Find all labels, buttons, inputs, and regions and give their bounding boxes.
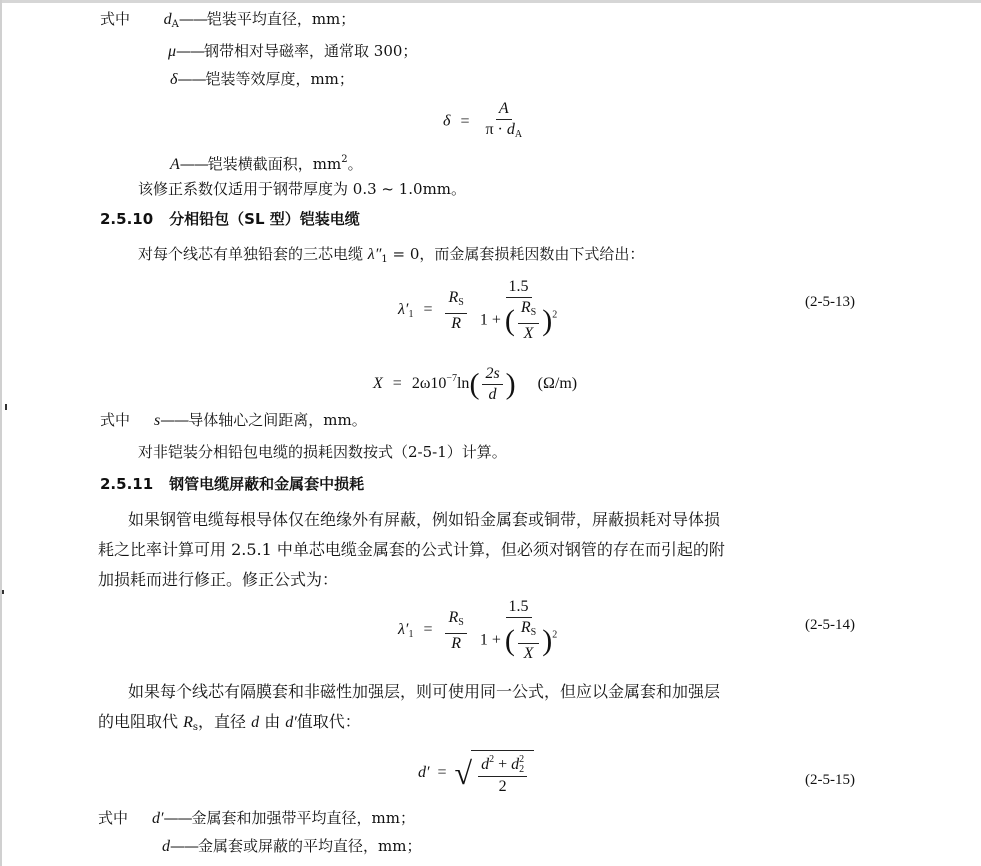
- formula-2-5-15: d′ = √ d2 + d22 2: [418, 750, 534, 796]
- formula-delta: δ = A π · dA: [443, 100, 528, 144]
- section-title: 分相铅包（SL 型）铠装电缆: [169, 210, 360, 228]
- symbol-d: d: [251, 714, 259, 731]
- fraction-rs-r: RS R: [445, 609, 466, 653]
- equals-sign: =: [423, 301, 432, 318]
- exponent: 2: [552, 310, 557, 321]
- page-top-border: [0, 0, 981, 3]
- fraction: d2 + d22 2: [478, 751, 527, 796]
- definition-lead: 式中: [100, 10, 130, 28]
- equation-number: (2-5-14): [805, 617, 855, 634]
- denominator: R: [451, 635, 461, 652]
- definition-text: 金属套或屏蔽的平均直径，mm；: [198, 837, 421, 855]
- numerator: R: [448, 609, 458, 626]
- denominator: R: [451, 315, 461, 332]
- symbol-d-prime: d′: [152, 810, 164, 827]
- plus: +: [498, 756, 507, 773]
- one-plus: 1 +: [480, 312, 501, 329]
- subscript: S: [531, 627, 537, 638]
- subscript: 1: [408, 309, 413, 320]
- text: 对每个线芯有单独铅套的三芯电缆: [138, 245, 368, 263]
- em-dash: ——: [176, 42, 204, 60]
- equation-number: (2-5-15): [805, 772, 855, 789]
- text: = 0，而金属套损耗因数由下式给出：: [388, 245, 645, 263]
- coefficient: 2ω10: [412, 375, 447, 392]
- numerator: R: [521, 619, 531, 636]
- definition-d: d——金属套或屏蔽的平均直径，mm；: [162, 836, 421, 857]
- em-dash: ——: [160, 411, 188, 429]
- denominator: X: [524, 325, 534, 342]
- subscript: S: [458, 297, 464, 308]
- symbol-A: A: [170, 156, 180, 173]
- paragraph-line: 耗之比率计算可用 2.5.1 中单芯电缆金属套的公式计算，但必须对钢管的存在而引…: [98, 540, 725, 560]
- em-dash: ——: [170, 837, 198, 855]
- paragraph-line: 如果钢管电缆每根导体仅在绝缘外有屏蔽，例如铅金属套或铜带，屏蔽损耗对导体损: [128, 510, 720, 530]
- equals-sign: =: [460, 113, 469, 130]
- d: d: [507, 121, 515, 138]
- formula-2-5-13: λ′1 = RS R 1.5 1 + (RSX)2: [398, 278, 563, 343]
- definition-lead: 式中: [98, 809, 128, 827]
- em-dash: ——: [180, 155, 208, 173]
- pi: π: [485, 121, 493, 138]
- fraction-rs-r: RS R: [445, 289, 466, 333]
- d: d: [481, 756, 489, 773]
- exponent: −7: [446, 373, 457, 384]
- denominator: d: [489, 386, 497, 403]
- text: 由: [259, 712, 285, 731]
- note-unarmored: 对非铠装分相铅包电缆的损耗因数按式（2-5-1）计算。: [138, 442, 507, 462]
- symbol-mu: μ: [168, 43, 176, 60]
- fraction-main: 1.5 1 + (RSX)2: [477, 598, 560, 663]
- margin-mark: [2, 590, 4, 594]
- formula-2-5-14: λ′1 = RS R 1.5 1 + (RSX)2: [398, 598, 563, 663]
- note-thickness: 该修正系数仅适用于钢带厚度为 0.3 ~ 1.0mm。: [138, 179, 466, 199]
- punct: 。: [348, 155, 363, 173]
- em-dash: ——: [164, 809, 192, 827]
- definition-A: A——铠装横截面积，mm2。: [170, 150, 363, 175]
- numerator: 1.5: [506, 278, 532, 298]
- definition-text: 铠装等效厚度，mm；: [205, 70, 353, 88]
- definition-d-prime: 式中d′——金属套和加强带平均直径，mm；: [98, 808, 415, 829]
- symbol-lambda: λ″: [368, 246, 382, 263]
- paragraph-line: 加损耗而进行修正。修正公式为：: [98, 570, 338, 590]
- fraction-inner: RSX: [518, 299, 539, 343]
- d: d: [511, 756, 519, 773]
- fraction-main: 1.5 1 + (RSX)2: [477, 278, 560, 343]
- numerator: 2s: [485, 365, 499, 382]
- section-heading-2-5-11: 2.5.11钢管电缆屏蔽和金属套中损耗: [100, 474, 364, 494]
- equals-sign: =: [393, 375, 402, 392]
- definition-text: 铠装平均直径，mm；: [207, 10, 355, 28]
- definition-delta: δ——铠装等效厚度，mm；: [170, 69, 354, 90]
- numerator: A: [499, 100, 509, 117]
- subscript: A: [172, 19, 179, 30]
- denominator: 2: [496, 777, 510, 796]
- symbol-d: d: [164, 11, 172, 28]
- formula-X: X = 2ω10−7ln(2sd) (Ω/m): [373, 365, 577, 404]
- paragraph-line: 的电阻取代 Rs，直径 d 由 d′值取代：: [98, 712, 361, 738]
- paragraph-intro: 对每个线芯有单独铅套的三芯电缆 λ″1 = 0，而金属套损耗因数由下式给出：: [138, 244, 644, 270]
- equals-sign: =: [438, 764, 447, 781]
- subscript: A: [515, 129, 522, 140]
- formula-lhs: λ′: [398, 621, 408, 638]
- equals-sign: =: [423, 621, 432, 638]
- fraction: A π · dA: [482, 100, 525, 144]
- subscript: 1: [408, 629, 413, 640]
- exponent: 2: [489, 754, 494, 765]
- square-root: √ d2 + d22 2: [455, 750, 535, 796]
- formula-lhs: δ: [443, 113, 450, 130]
- denominator: X: [524, 645, 534, 662]
- definition-s: 式中s——导体轴心之间距离，mm。: [100, 410, 367, 431]
- definition-dA: 式中 dA——铠装平均直径，mm；: [100, 9, 355, 35]
- subscript: 2: [519, 765, 524, 775]
- formula-lhs: d′: [418, 764, 430, 781]
- definition-text: 导体轴心之间距离，mm。: [188, 411, 366, 429]
- definition-text: 金属套和加强带平均直径，mm；: [192, 809, 415, 827]
- section-title: 钢管电缆屏蔽和金属套中损耗: [169, 475, 364, 493]
- subscript: S: [458, 617, 464, 628]
- page-left-border: [0, 0, 2, 866]
- one-plus: 1 +: [480, 632, 501, 649]
- symbol-R: R: [183, 714, 193, 731]
- definition-mu: μ——钢带相对导磁率，通常取 300；: [168, 41, 417, 62]
- section-number: 2.5.10: [100, 210, 153, 228]
- section-number: 2.5.11: [100, 475, 153, 493]
- formula-lhs: X: [373, 375, 383, 392]
- definition-text: 铠装横截面积，mm: [208, 155, 341, 173]
- definition-lead: 式中: [100, 411, 130, 429]
- numerator: 1.5: [506, 598, 532, 618]
- text: ，直径: [198, 712, 251, 731]
- subscript: S: [531, 307, 537, 318]
- text: 的电阻取代: [98, 712, 183, 731]
- definition-text: 钢带相对导磁率，通常取 300；: [204, 42, 417, 60]
- ln: ln: [457, 375, 469, 392]
- numerator: R: [521, 299, 531, 316]
- symbol-d: d: [162, 838, 170, 855]
- em-dash: ——: [177, 70, 205, 88]
- section-heading-2-5-10: 2.5.10分相铅包（SL 型）铠装电缆: [100, 209, 360, 229]
- paragraph-line: 如果每个线芯有隔膜套和非磁性加强层，则可使用同一公式，但应以金属套和加强层: [128, 682, 720, 702]
- fraction-inner: RSX: [518, 619, 539, 663]
- dot: ·: [498, 121, 503, 138]
- margin-mark: [5, 404, 7, 410]
- equation-number: (2-5-13): [805, 294, 855, 311]
- numerator: R: [448, 289, 458, 306]
- exponent: 2: [552, 630, 557, 641]
- text: 值取代：: [297, 712, 361, 731]
- em-dash: ——: [179, 10, 207, 28]
- formula-lhs: λ′: [398, 301, 408, 318]
- fraction-2s-d: 2sd: [482, 365, 502, 404]
- symbol-d-prime: d′: [285, 714, 297, 731]
- unit: (Ω/m): [538, 375, 577, 392]
